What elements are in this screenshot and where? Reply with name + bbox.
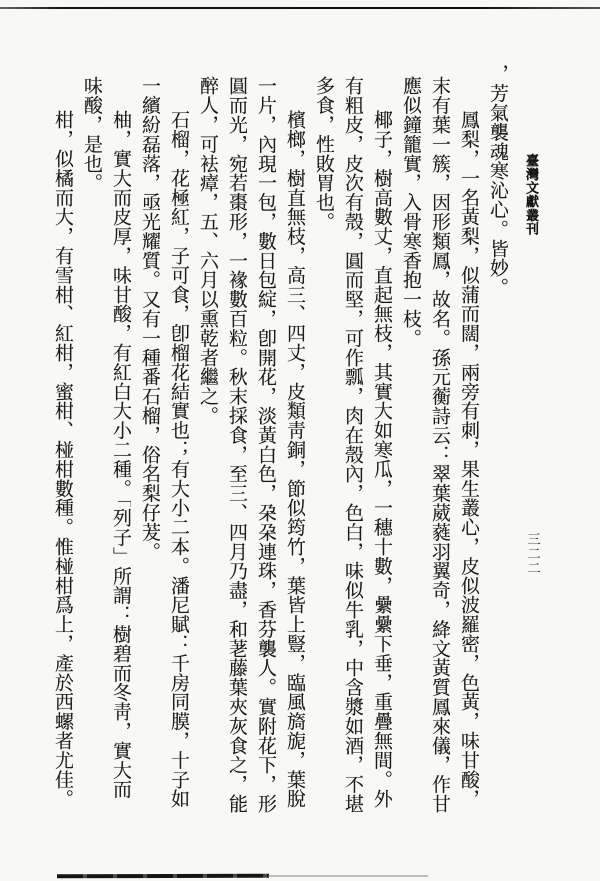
text-column-9: 一片，內現一包，數日包綻，卽開花，淡黃白色，朶朶連珠，香芬襲人。實附花下，形: [255, 76, 276, 813]
text-column-10: 圓而光，宛若棗形，一褖數百粒。秋末採食，至三、四月乃盡，和荖藤葉夾灰食之，能: [226, 76, 247, 813]
text-column-15: 味酸，是也。: [81, 76, 102, 192]
text-column-2: 鳳梨，一名黃梨，似蒲而闊，兩旁有刺，果生叢心，皮似波羅密，色黃，味甘酸，: [458, 110, 479, 808]
running-title: 臺灣文獻叢刊: [523, 154, 538, 236]
text-column-14: 柚，實大而皮厚，味甘酸，有紅白大小二種。「列子」所謂：樹碧而冬靑，實大而: [110, 110, 131, 799]
text-column-12: 石榴，花極紅，子可食，卽榴花結實也；有大小二本。潘尼賦：千房同膜，十子如: [168, 110, 189, 808]
text-column-16: 柑，似橘而大，有雪柑、紅柑，蜜柑、椪柑數種。惟椪柑爲上，產於西螺者尤佳。: [52, 110, 73, 808]
page-number: 三二二: [524, 532, 539, 576]
text-column-5: 椰子，樹高數丈，直起無枝，其實大如寒瓜，一穗十數，纍纍下垂，重疊無間。外: [371, 110, 392, 808]
scan-edge-top: [0, 7, 600, 9]
text-column-8: 檳榔，樹直無枝，高三、四丈，皮類靑銅，節似筠竹，葉皆上豎，臨風旖旎，葉脫: [284, 110, 305, 808]
text-column-4: 應似鐘籠實，入骨寒香抱一枝。: [400, 76, 421, 348]
text-column-13: 一繽紛磊落，亟光耀質。又有一種番石榴，俗名梨仔茇。: [139, 76, 160, 561]
scanned-book-page: 臺灣文獻叢刊 三二二 ，芳氣襲魂寒沁心。皆妙。 鳳梨，一名黃梨，似蒲而闊，兩旁有…: [0, 0, 600, 881]
scan-edge-bottom-tail: [268, 875, 428, 877]
scan-edge-bottom: [57, 874, 269, 879]
text-column-3: 末有葉一簇，因形類鳳，故名。孫元蘅詩云：翠葉葳蕤羽翼奇，絳文黃質鳳來儀，作甘: [429, 76, 450, 813]
text-column-6: 有粗皮，皮次有殼，圓而堅，可作瓢，肉在殼內，色白，味似牛乳，中含漿如酒，不堪: [342, 76, 363, 813]
text-column-1: ，芳氣襲魂寒沁心。皆妙。: [487, 64, 508, 297]
text-column-11: 醉人，可袪瘴，五、六月以熏乾者繼之。: [197, 76, 218, 425]
text-column-7: 多食，性敗胃也。: [313, 76, 334, 231]
